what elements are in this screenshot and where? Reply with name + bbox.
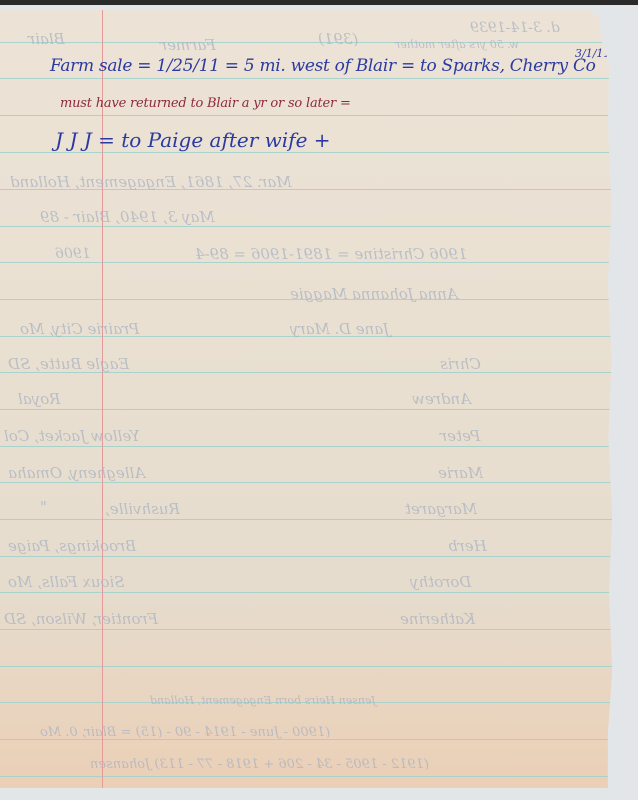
- bleed-text: w. 50 yrs after mother: [395, 38, 519, 51]
- bleed-text: Marie: [438, 464, 483, 482]
- bleed-text: Dorothy: [410, 573, 471, 591]
- rule-line: [0, 42, 614, 43]
- bleed-text: Frontier, Wilson, SD: [4, 610, 158, 628]
- bleed-text: Allegheny, Omaha: [8, 464, 145, 482]
- note-line-farm-sale: Farm sale = 1/25/11 = 5 mi. west of Blai…: [50, 56, 596, 76]
- bleed-text: Andrew: [412, 390, 471, 408]
- bleed-text: Chris: [440, 355, 481, 373]
- bleed-text: 1906 Christine = 1891-1906 = 89-4: [195, 245, 467, 263]
- bleed-text: ": [40, 498, 47, 516]
- bleed-text: May 3, 1940, Blair - 89: [40, 208, 215, 226]
- note-line-returned: must have returned to Blair a yr or so l…: [60, 96, 351, 111]
- bleed-text: Royal: [18, 390, 61, 408]
- bleed-text: d. 3-14-1939: [470, 20, 560, 36]
- margin-line: [102, 10, 103, 788]
- rule-line: [0, 519, 614, 520]
- bleed-text: Jane D. Mary: [290, 320, 389, 338]
- bleed-text: Sioux Falls, Mo: [8, 573, 125, 591]
- bleed-text: Prairie City, Mo: [20, 320, 139, 338]
- rule-line: [0, 666, 614, 667]
- bleed-text: Yellow Jacket, Col: [4, 427, 140, 445]
- rule-line: [0, 78, 614, 79]
- bleed-text: Anna Johanna Maggie: [290, 285, 458, 303]
- bleed-text: Jensen Heirs born Engagement, Holland: [150, 694, 376, 707]
- rule-line: [0, 115, 614, 116]
- notebook-page: Blair Farmer (391) d. 3-14-1939 w. 50 yr…: [0, 10, 614, 788]
- bleed-text: Blair: [28, 30, 65, 48]
- rule-line: [0, 592, 614, 593]
- note-line-jjj: J J J = to Paige after wife +: [55, 128, 331, 152]
- rule-line: [0, 446, 614, 447]
- bleed-text: Mar. 27, 1861, Engagement, Holland: [10, 173, 292, 191]
- rule-line: [0, 226, 614, 227]
- rule-line: [0, 776, 614, 777]
- bleed-text: (391): [318, 30, 358, 48]
- rule-line: [0, 409, 614, 410]
- bleed-text: Rushville,: [105, 500, 180, 518]
- bleed-text: Herb: [448, 537, 487, 555]
- bleed-text: Katherine: [400, 610, 475, 628]
- rule-line: [0, 482, 614, 483]
- bleed-text: (1900 - June - 1914 - 90 - (15) = Blair,…: [40, 725, 330, 740]
- bleed-text: Margaret: [405, 500, 477, 518]
- bleed-text: Eagle Butte, SD: [8, 355, 129, 373]
- bleed-text: (1912 - 1905 - 34 - 206 + 1918 - 77 - 11…: [90, 757, 429, 772]
- bleed-text: Brookings, Paige: [8, 537, 136, 555]
- bleed-text: 1906: [55, 246, 91, 262]
- bleed-text: Peter: [440, 427, 480, 445]
- rule-line: [0, 556, 614, 557]
- bleed-text: Farmer: [160, 36, 216, 54]
- rule-line: [0, 152, 614, 153]
- rule-line: [0, 629, 614, 630]
